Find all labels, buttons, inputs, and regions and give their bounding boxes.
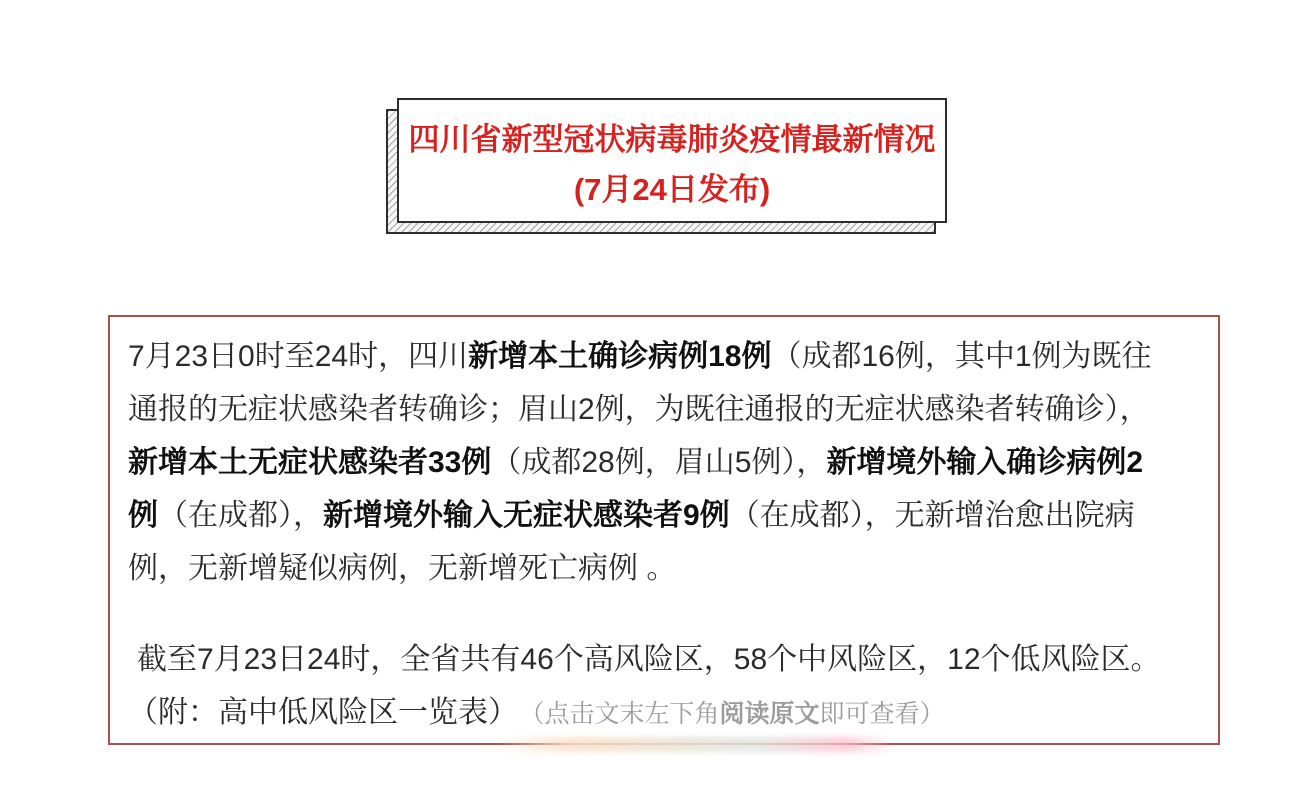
title-card-face: 四川省新型冠状病毒肺炎疫情最新情况 (7月24日发布) bbox=[397, 98, 947, 223]
body-line-2: 通报的无症状感染者转确诊；眉山2例，为既往通报的无症状感染者转确诊）， bbox=[128, 383, 1202, 436]
body-line-5: 例，无新增疑似病例，无新增死亡病例 。 bbox=[128, 542, 1202, 595]
read-original-label: 阅读原文 bbox=[720, 700, 820, 728]
text-segment: （在成都）， bbox=[158, 499, 323, 532]
text-segment-bold: 新增境外输入确诊病例2 bbox=[826, 446, 1143, 479]
text-segment: 7月23日0时至24时，四川 bbox=[128, 340, 468, 373]
title-card: 四川省新型冠状病毒肺炎疫情最新情况 (7月24日发布) bbox=[397, 98, 947, 223]
text-segment-bold: 新增本土无症状感染者33例 bbox=[128, 446, 491, 479]
text-segment: （在成都），无新增治愈出院病 bbox=[730, 499, 1135, 532]
text-segment: （成都28例，眉山5例）， bbox=[491, 446, 826, 479]
text-segment: 通报的无症状感染者转确诊；眉山2例，为既往通报的无症状感染者转确诊）， bbox=[128, 393, 1150, 426]
text-segment: 截至7月23日24时，全省共有46个高风险区，58个中风险区，12个低风险区。 bbox=[137, 643, 1161, 676]
text-segment-muted: （点击文末左下角 bbox=[532, 700, 720, 728]
text-segment: （成都16例，其中1例为既往 bbox=[771, 340, 1151, 373]
body-line-1: 7月23日0时至24时，四川新增本土确诊病例18例（成都16例，其中1例为既往 bbox=[128, 330, 1202, 383]
body-line-7-appendix: （附：高中低风险区一览表）（点击文末左下角阅读原文即可查看） bbox=[128, 686, 1202, 739]
announcement-poster: 四川省新型冠状病毒肺炎疫情最新情况 (7月24日发布) 7月23日0时至24时，… bbox=[0, 0, 1309, 800]
text-segment-bold: 新增本土确诊病例18例 bbox=[468, 340, 771, 373]
border-smudge-artifact bbox=[495, 737, 895, 752]
text-segment-muted: 即可查看） bbox=[820, 700, 945, 728]
text-segment-bold: 新增境外输入无症状感染者9例 bbox=[323, 499, 730, 532]
page-title-line1: 四川省新型冠状病毒肺炎疫情最新情况 bbox=[399, 115, 945, 165]
body-line-3: 新增本土无症状感染者33例（成都28例，眉山5例），新增境外输入确诊病例2 bbox=[128, 436, 1202, 489]
text-segment-bold: 例 bbox=[128, 499, 158, 532]
paragraph-spacer bbox=[128, 595, 1202, 633]
body-line-6-risk-areas: 截至7月23日24时，全省共有46个高风险区，58个中风险区，12个低风险区。 bbox=[128, 633, 1202, 686]
body-line-4: 例（在成都），新增境外输入无症状感染者9例（在成都），无新增治愈出院病 bbox=[128, 489, 1202, 542]
report-body-card: 7月23日0时至24时，四川新增本土确诊病例18例（成都16例，其中1例为既往 … bbox=[108, 315, 1220, 745]
page-title-line2: (7月24日发布) bbox=[399, 165, 945, 215]
text-segment: （附：高中低风险区一览表） bbox=[128, 696, 518, 729]
text-segment: 例，无新增疑似病例，无新增死亡病例 。 bbox=[128, 552, 676, 585]
